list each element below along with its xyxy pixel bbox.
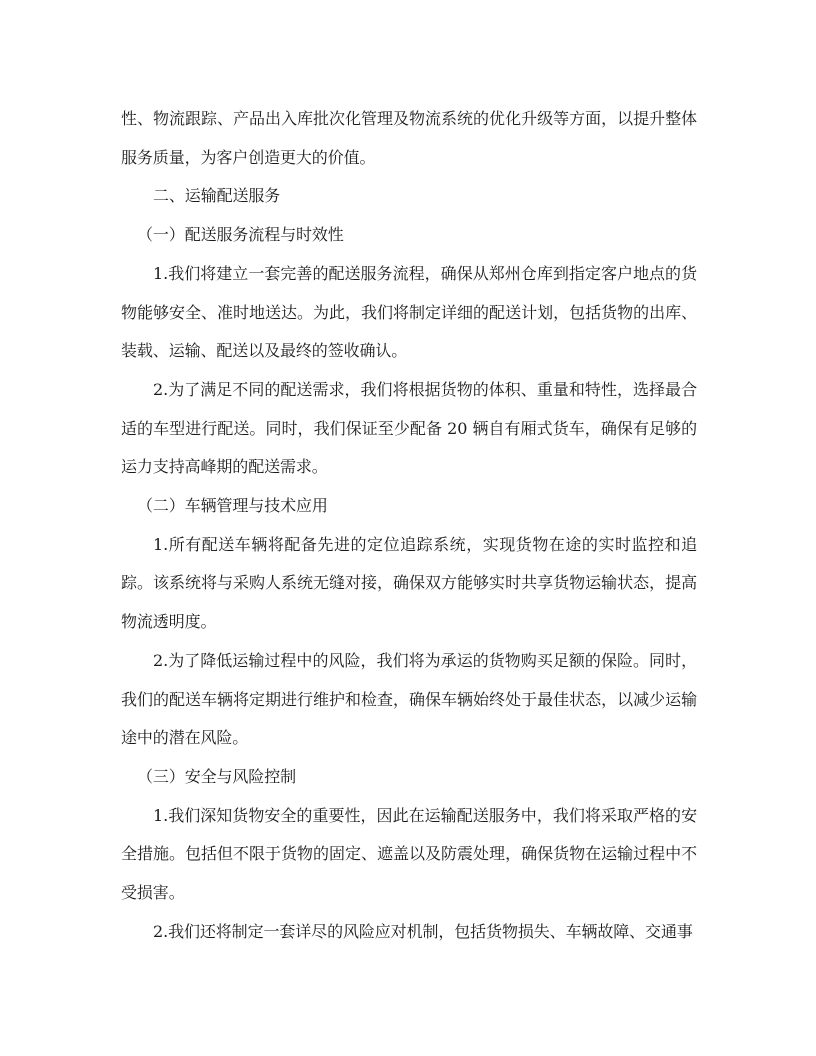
paragraph-safety-2: 2.我们还将制定一套详尽的风险应对机制，包括货物损失、车辆故障、交通事	[121, 913, 697, 952]
paragraph-vehicle-2: 2.为了降低运输过程中的风险，我们将为承运的货物购买足额的保险。同时，我们的配送…	[121, 642, 697, 758]
paragraph-delivery-1: 1.我们将建立一套完善的配送服务流程，确保从郑州仓库到指定客户地点的货物能够安全…	[121, 255, 697, 371]
subheading-delivery-process: （一）配送服务流程与时效性	[121, 216, 697, 255]
subheading-vehicle-management: （二）车辆管理与技术应用	[121, 487, 697, 526]
paragraph-continuation: 性、物流跟踪、产品出入库批次化管理及物流系统的优化升级等方面，以提升整体服务质量…	[121, 100, 697, 177]
paragraph-vehicle-1: 1.所有配送车辆将配备先进的定位追踪系统，实现货物在途的实时监控和追踪。该系统将…	[121, 526, 697, 642]
section-heading-transport: 二、运输配送服务	[121, 177, 697, 216]
document-page: 性、物流跟踪、产品出入库批次化管理及物流系统的优化升级等方面，以提升整体服务质量…	[121, 100, 697, 951]
paragraph-delivery-2: 2.为了满足不同的配送需求，我们将根据货物的体积、重量和特性，选择最合适的车型进…	[121, 371, 697, 487]
subheading-safety-risk: （三）安全与风险控制	[121, 758, 697, 797]
paragraph-safety-1: 1.我们深知货物安全的重要性，因此在运输配送服务中，我们将采取严格的安全措施。包…	[121, 797, 697, 913]
